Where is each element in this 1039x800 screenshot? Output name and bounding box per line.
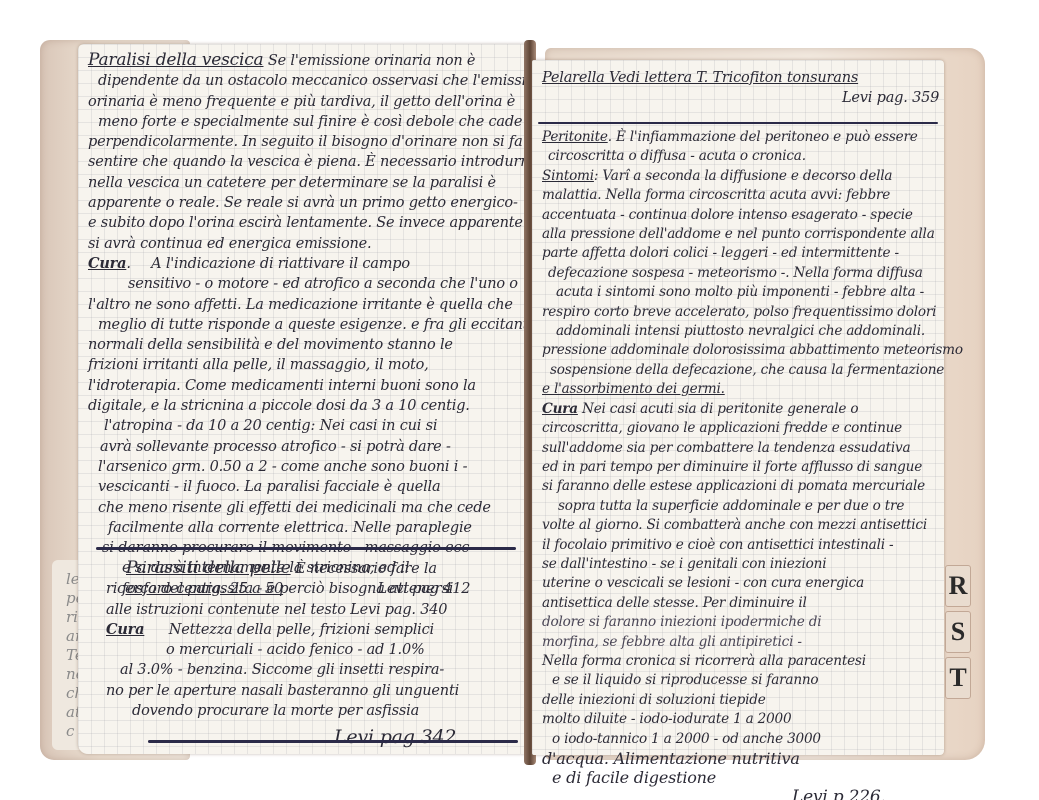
reference-levi-226: Levi p 226. — [542, 788, 963, 800]
text-line: defecazione sospesa - meteorismo -. Nell… — [542, 264, 963, 283]
text-line: no per le aperture nasali basteranno gli… — [106, 681, 459, 701]
text-line: avrà sollevante processo atrofico - si p… — [88, 437, 552, 457]
text-line: al 3.0% - benzina. Siccome gli insetti r… — [106, 660, 459, 680]
text-line: perpendicolarmente. In seguito il bisogn… — [88, 132, 552, 152]
right-page-header: Pelarella Vedi lettera T. Tricofiton ton… — [542, 68, 939, 109]
header-cross-reference: Pelarella Vedi lettera T. Tricofiton ton… — [542, 68, 939, 88]
text-line: digitale, e la stricnina a piccole dosi … — [88, 396, 552, 416]
text-line: orinaria è meno frequente e più tardiva,… — [88, 92, 552, 112]
reference-levi-342: Levi pag 342 — [106, 727, 459, 747]
text-line: l'atropina - da 10 a 20 centig: Nei casi… — [88, 416, 552, 436]
text-line: sentire che quando la vescica è piena. È… — [88, 152, 552, 172]
text-line: si faranno delle estese applicazioni di … — [542, 477, 963, 496]
text-line: frizioni irritanti alla pelle, il massag… — [88, 355, 552, 375]
text-line: sopra tutta la superficie addominale e p… — [542, 497, 963, 516]
text-line: normali della sensibilità e del moviment… — [88, 335, 552, 355]
right-page: Pelarella Vedi lettera T. Tricofiton ton… — [532, 60, 944, 755]
text-line: malattia. Nella forma circoscritta acuta… — [542, 186, 963, 205]
cura-line: Cura. A l'indicazione di riattivare il c… — [88, 254, 552, 274]
text-line: circoscritta, giovano le applicazioni fr… — [542, 419, 963, 438]
section-title-peritonite: Peritonite — [542, 129, 608, 145]
text-line: o iodo-tannico 1 a 2000 - od anche 3000 — [542, 730, 963, 749]
text-line: molto diluite - iodo-iodurate 1 a 2000 — [542, 710, 963, 729]
text-line: dovendo procurare la morte per asfissia — [106, 701, 459, 721]
text-line: sospensione della defecazione, che causa… — [542, 361, 963, 380]
index-tab-t[interactable]: T — [945, 657, 971, 699]
text-line: che meno risente gli effetti dei medicin… — [88, 498, 552, 518]
text-line: e se il liquido si riproducesse si faran… — [542, 671, 963, 690]
index-tabs: R S T — [945, 565, 971, 703]
text-line: l'idroterapia. Come medicamenti interni … — [88, 376, 552, 396]
text-line: parte affetta dolori colici - leggeri - … — [542, 244, 963, 263]
text-line: Nella forma cronica si ricorrerà alla pa… — [542, 652, 963, 671]
text-line: l'altro ne sono affetti. La medicazione … — [88, 295, 552, 315]
text-line: e l'assorbimento dei germi. — [542, 380, 963, 399]
text-line: alle istruzioni contenute nel testo Levi… — [106, 600, 459, 620]
text-line: volte al giorno. Si combatterà anche con… — [542, 516, 963, 535]
text-line: d'acqua. Alimentazione nutritiva — [542, 749, 963, 768]
paragraph-line: Paralisi della vescica Se l'emissione or… — [88, 50, 552, 71]
section-title-paralisi: Paralisi della vescica — [88, 50, 263, 70]
text-line: antisettica delle stesse. Per diminuire … — [542, 594, 963, 613]
left-page-section2: Parassiti della pelle È necessario fare … — [106, 558, 459, 748]
left-page: Paralisi della vescica Se l'emissione or… — [78, 44, 526, 754]
right-page-text: Peritonite. È l'infiammazione del perito… — [542, 128, 963, 800]
text-line: respiro corto breve accelerato, polso fr… — [542, 303, 963, 322]
text-line: se dall'intestino - se i genitali con in… — [542, 555, 963, 574]
text-line: vescicanti - il fuoco. La paralisi facci… — [88, 477, 552, 497]
text-line: meno forte e specialmente sul finire è c… — [88, 112, 552, 132]
text-line: pressione addominale dolorosissima abbat… — [542, 341, 963, 360]
index-tab-r[interactable]: R — [945, 565, 971, 607]
left-page-text: Paralisi della vescica Se l'emissione or… — [88, 50, 552, 599]
text-line: il focolaio primitivo e cioè con antiset… — [542, 536, 963, 555]
open-notebook: le pe ri an Tes ne ch ate c li Paralisi … — [0, 0, 1039, 800]
text-line: nella vescica un catetere per determinar… — [88, 173, 552, 193]
text-line: acuta i sintomi sono molto più imponenti… — [542, 283, 963, 302]
text-line: uterine o vescicali se lesioni - con cur… — [542, 574, 963, 593]
text-line: apparente o reale. Se reale si avrà un p… — [88, 193, 552, 213]
text-line: e subito dopo l'orina escirà lentamente.… — [88, 213, 552, 233]
text-line: ricerca del parassita - e perciò bisogna… — [106, 579, 459, 599]
header-reference-levi-359: Levi pag. 359 — [542, 88, 939, 108]
cura-heading: Cura — [88, 255, 126, 272]
text-line: circoscritta o diffusa - acuta o cronica… — [542, 147, 963, 166]
section-title-parassiti: Parassiti della pelle — [126, 558, 291, 578]
cura-heading: Cura — [106, 621, 144, 638]
text-line: alla pressione dell'addome e nel punto c… — [542, 225, 963, 244]
text-line: l'arsenico grm. 0.50 a 2 - come anche so… — [88, 457, 552, 477]
text-line: facilmente alla corrente elettrica. Nell… — [88, 518, 552, 538]
text-line: sensitivo - o motore - ed atrofico a sec… — [88, 274, 552, 294]
text-line: meglio di tutte risponde a queste esigen… — [88, 315, 552, 335]
section-divider — [96, 547, 516, 550]
text-line: delle iniezioni di soluzioni tiepide — [542, 691, 963, 710]
text-line: si avrà continua ed energica emissione. — [88, 234, 552, 254]
text-line: addominali intensi piuttosto nevralgici … — [542, 322, 963, 341]
text-line: ed in pari tempo per diminuire il forte … — [542, 458, 963, 477]
text-line: o mercuriali - acido fenico - ad 1.0% — [106, 640, 459, 660]
text-line: dipendente da un ostacolo meccanico osse… — [88, 71, 552, 91]
sintomi-label: Sintomi — [542, 168, 594, 184]
text-line: morfina, se febbre alta gli antipiretici… — [542, 633, 963, 652]
cura-heading: Cura — [542, 401, 578, 417]
text-line: dolore si faranno iniezioni ipodermiche … — [542, 613, 963, 632]
text-line: accentuata - continua dolore intenso esa… — [542, 206, 963, 225]
bottom-divider — [148, 740, 518, 743]
index-tab-s[interactable]: S — [945, 611, 971, 653]
text-line: sull'addome sia per combattere la tenden… — [542, 439, 963, 458]
header-divider — [538, 122, 938, 124]
text-line: e di facile digestione — [542, 768, 963, 787]
